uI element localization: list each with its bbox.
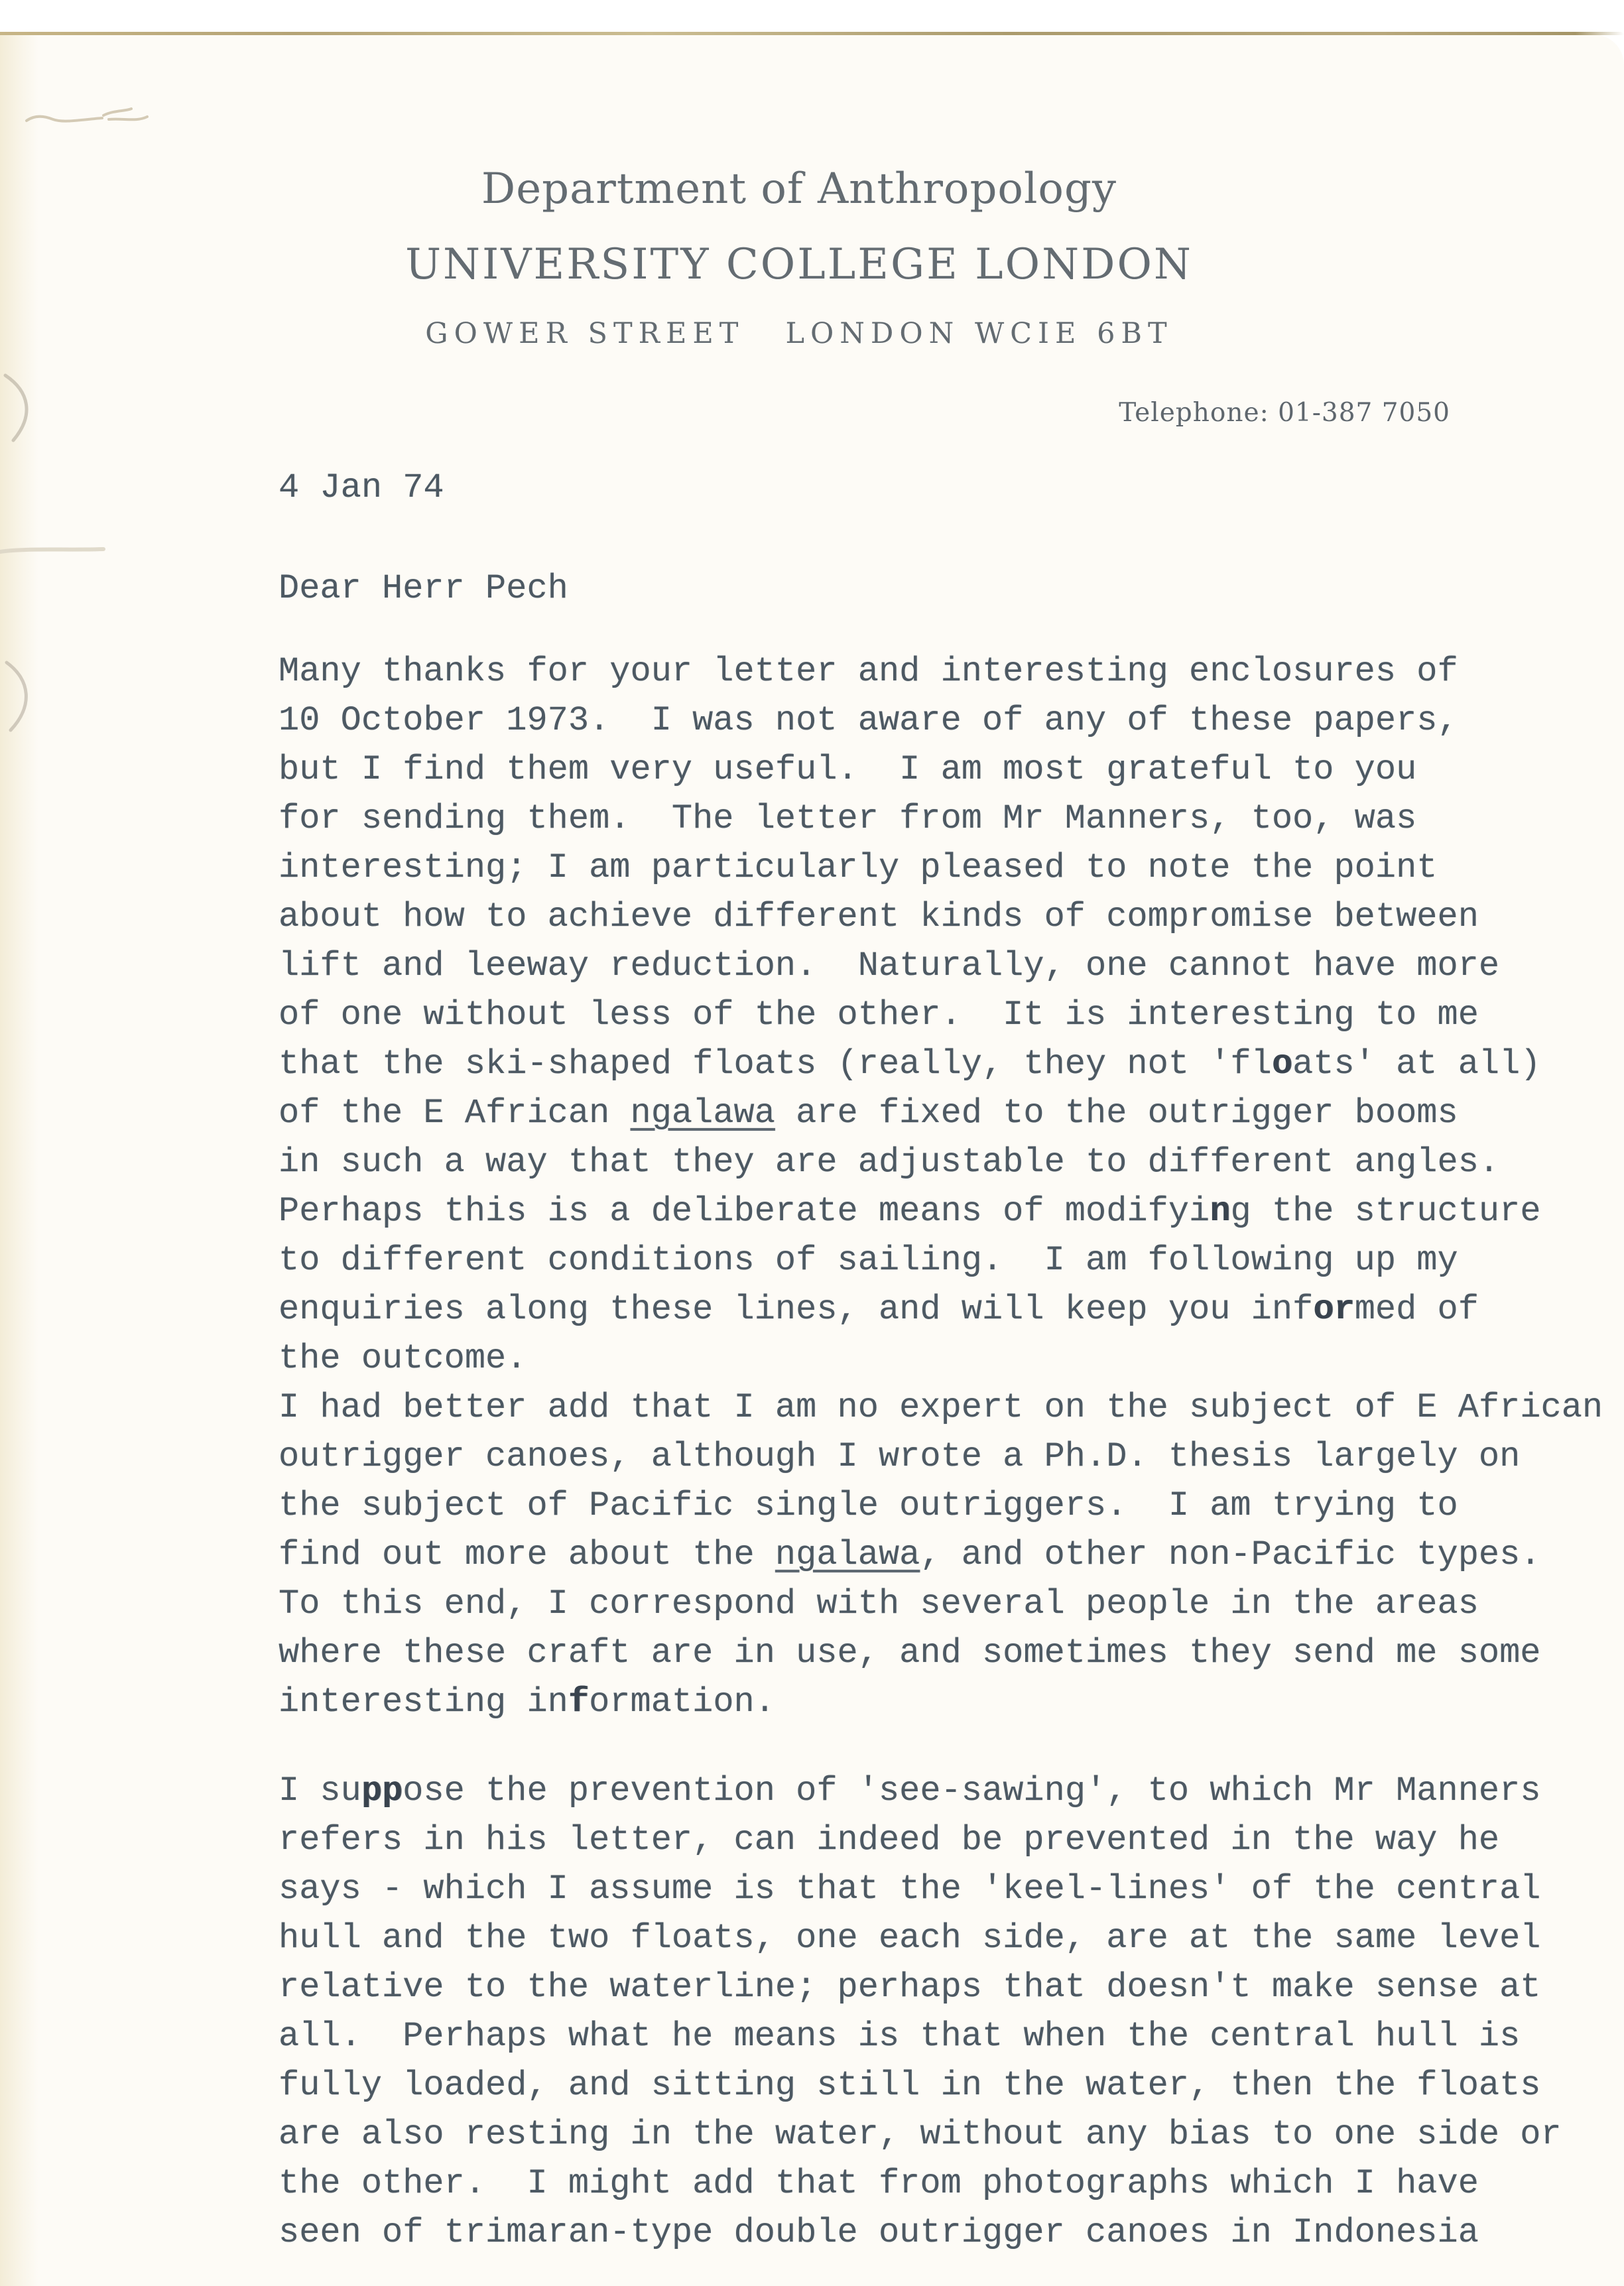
paragraph: I suppose the prevention of 'see-sawing'… bbox=[279, 1767, 1611, 2257]
typed-line: find out more about the ngalawa, and oth… bbox=[279, 1531, 1611, 1580]
typed-line: to different conditions of sailing. I am… bbox=[279, 1236, 1611, 1285]
typed-line: that the ski-shaped floats (really, they… bbox=[279, 1040, 1611, 1089]
letterhead-telephone: Telephone: 01-387 7050 bbox=[1119, 398, 1450, 428]
typed-line: I suppose the prevention of 'see-sawing'… bbox=[279, 1767, 1611, 1816]
letter-body: Many thanks for your letter and interest… bbox=[279, 647, 1611, 2257]
typed-line: hull and the two floats, one each side, … bbox=[279, 1914, 1611, 1963]
typed-line: for sending them. The letter from Mr Man… bbox=[279, 794, 1611, 844]
typed-line: interesting information. bbox=[279, 1678, 1611, 1727]
typed-line: in such a way that they are adjustable t… bbox=[279, 1138, 1611, 1187]
paragraph: Many thanks for your letter and interest… bbox=[279, 647, 1611, 1727]
typed-line: where these craft are in use, and someti… bbox=[279, 1629, 1611, 1678]
letterhead-institution: UNIVERSITY COLLEGE LONDON bbox=[0, 240, 1598, 289]
typed-line: all. Perhaps what he means is that when … bbox=[279, 2012, 1611, 2061]
typed-line: of one without less of the other. It is … bbox=[279, 991, 1611, 1040]
letterhead-address: GOWER STREETLONDON WCIE 6BT bbox=[0, 317, 1598, 350]
typed-line: about how to achieve different kinds of … bbox=[279, 893, 1611, 942]
typed-line: Many thanks for your letter and interest… bbox=[279, 647, 1611, 696]
underlined-word: ngalawa bbox=[775, 1535, 920, 1574]
typed-line: seen of trimaran-type double outrigger c… bbox=[279, 2208, 1611, 2257]
typed-line: Perhaps this is a deliberate means of mo… bbox=[279, 1187, 1611, 1236]
typed-line: the outcome. bbox=[279, 1334, 1611, 1383]
letter-salutation: Dear Herr Pech bbox=[279, 569, 568, 608]
letterhead-address-street: GOWER STREET bbox=[425, 317, 744, 350]
typed-line: interesting; I am particularly pleased t… bbox=[279, 844, 1611, 893]
paper-top-fold-edge bbox=[0, 32, 1624, 35]
letterhead-address-city: LONDON WCIE 6BT bbox=[785, 317, 1172, 350]
typed-line: the subject of Pacific single outriggers… bbox=[279, 1482, 1611, 1531]
typed-line: says - which I assume is that the 'keel-… bbox=[279, 1865, 1611, 1914]
typed-line: enquiries along these lines, and will ke… bbox=[279, 1285, 1611, 1334]
typed-line: outrigger canoes, although I wrote a Ph.… bbox=[279, 1432, 1611, 1482]
typed-line: I had better add that I am no expert on … bbox=[279, 1383, 1611, 1432]
typed-line: refers in his letter, can indeed be prev… bbox=[279, 1816, 1611, 1865]
letter-page: Department of Anthropology UNIVERSITY CO… bbox=[0, 0, 1624, 2286]
typed-line: fully loaded, and sitting still in the w… bbox=[279, 2061, 1611, 2110]
underlined-word: ngalawa bbox=[631, 1094, 775, 1133]
typed-line: 10 October 1973. I was not aware of any … bbox=[279, 696, 1611, 745]
typed-line: but I find them very useful. I am most g… bbox=[279, 745, 1611, 794]
typed-line: relative to the waterline; perhaps that … bbox=[279, 1963, 1611, 2012]
typed-line: of the E African ngalawa are fixed to th… bbox=[279, 1089, 1611, 1138]
typed-line: the other. I might add that from photogr… bbox=[279, 2159, 1611, 2208]
letter-date: 4 Jan 74 bbox=[279, 468, 444, 507]
letterhead-department: Department of Anthropology bbox=[0, 164, 1598, 214]
typed-line: are also resting in the water, without a… bbox=[279, 2110, 1611, 2159]
typed-line: To this end, I correspond with several p… bbox=[279, 1580, 1611, 1629]
typed-line: lift and leeway reduction. Naturally, on… bbox=[279, 942, 1611, 991]
paper-left-edge-tint bbox=[0, 34, 38, 2286]
